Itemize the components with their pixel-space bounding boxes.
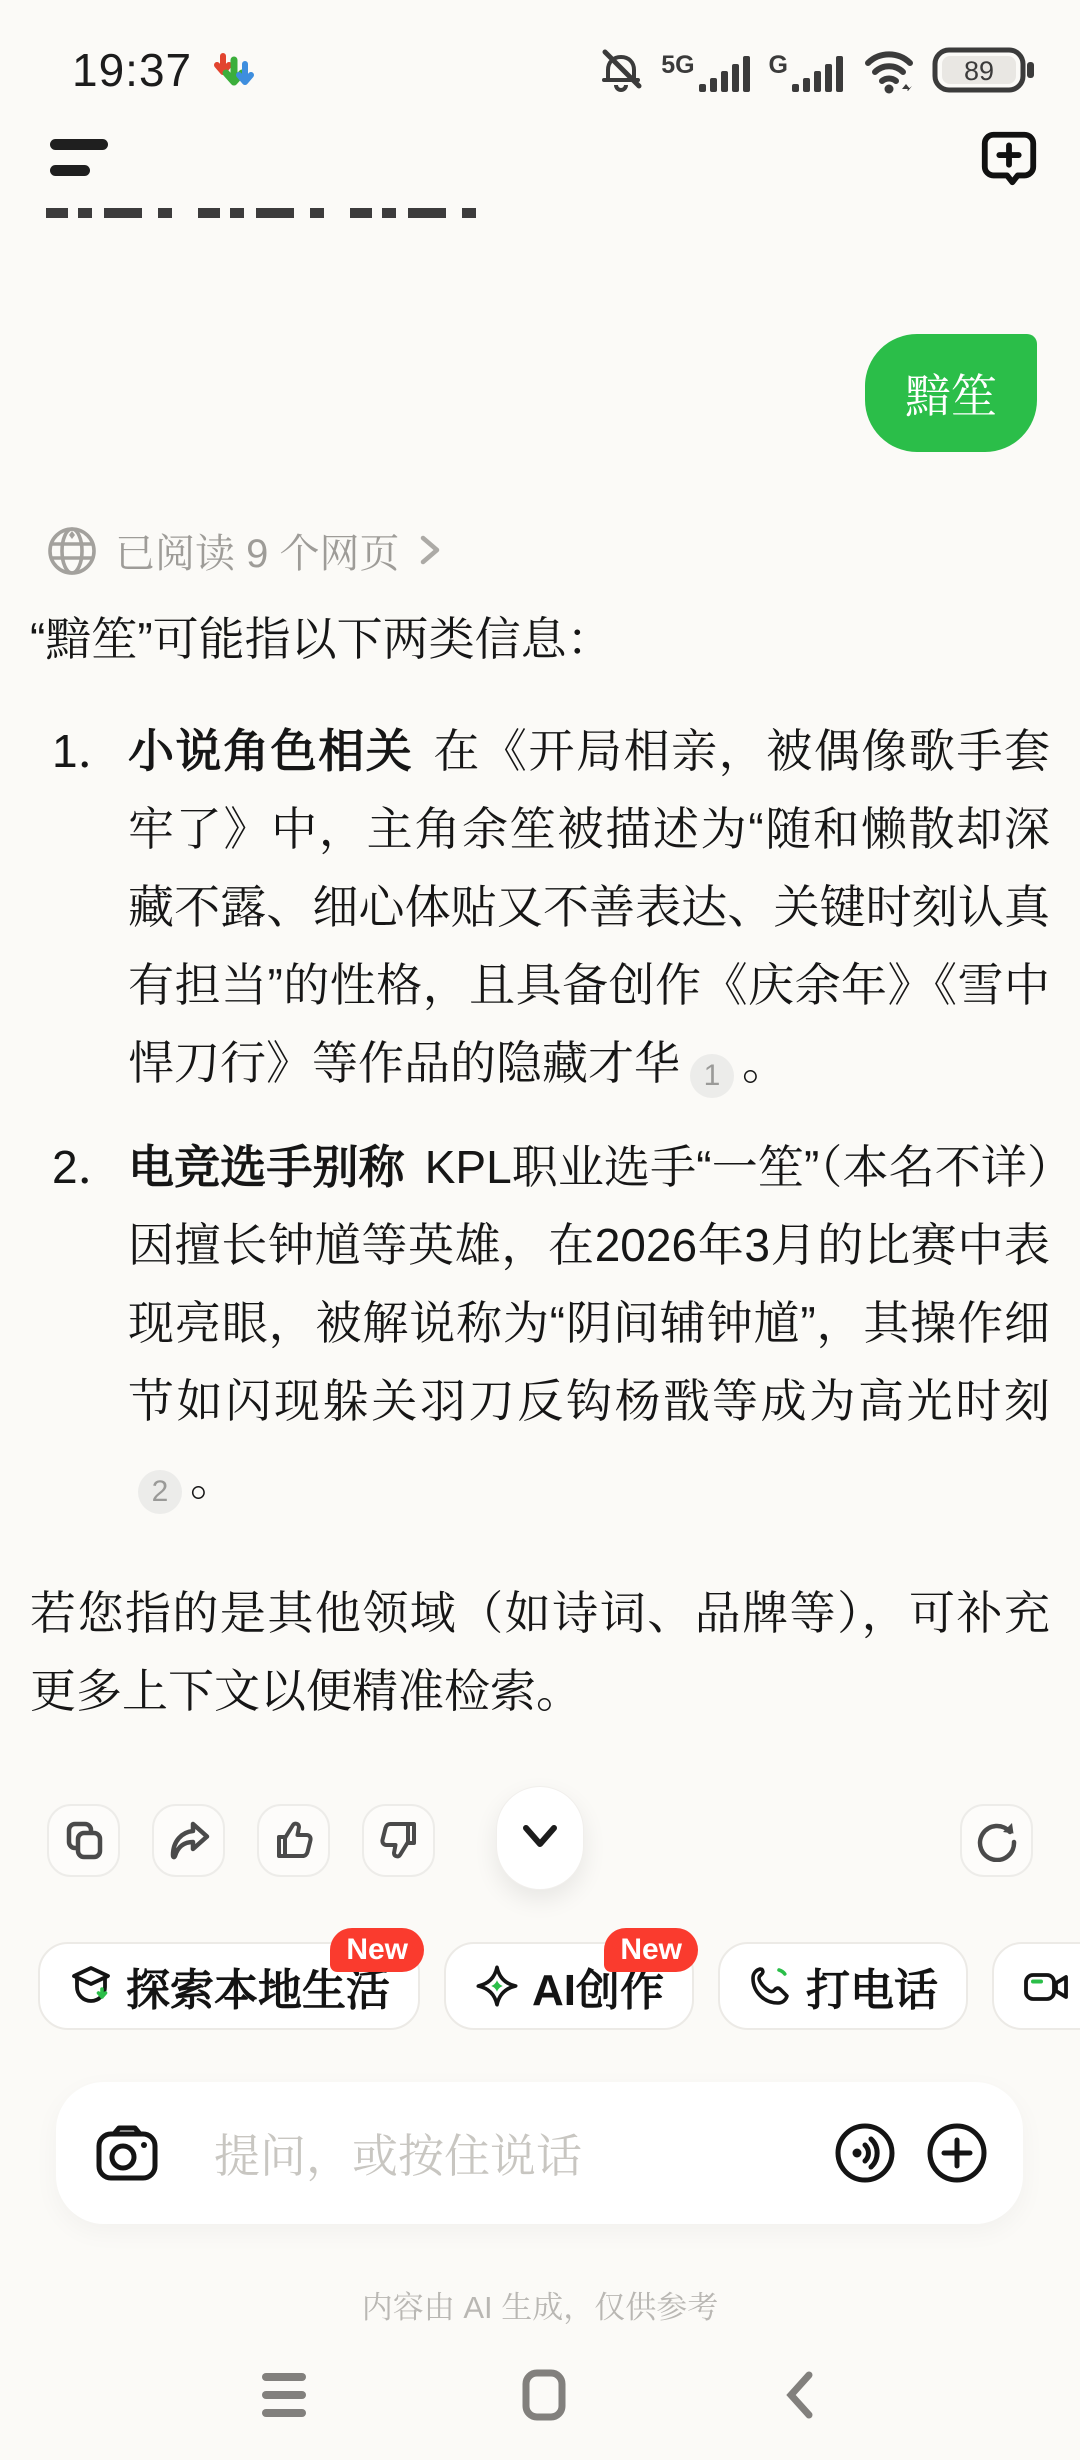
takeout-box-icon (68, 1963, 114, 2009)
system-nav-bar (0, 2355, 1080, 2435)
refresh-icon (975, 1818, 1019, 1862)
list-item: 1． 小说角色相关在《开局相亲，被偶像歌手套牢了》中，主角余笙被描述为“随和懒散… (30, 712, 1050, 1102)
globe-icon (45, 523, 99, 577)
quick-actions-row: New 探索本地生活 New AI创作 打电话 (0, 1926, 1080, 2030)
list-number: 2． (52, 1128, 124, 1206)
chip-label: 打电话 (806, 1954, 938, 2018)
share-button[interactable] (152, 1804, 225, 1877)
list-item: 2． 电竞选手别称KPL职业选手“一笙”（本名不详）因擅长钟馗等英雄，在2026… (30, 1128, 1050, 1518)
copy-button[interactable] (47, 1804, 120, 1877)
clock-time: 19:37 (72, 43, 192, 97)
read-status-row[interactable]: 已阅读 9 个网页 (45, 522, 1080, 578)
answer-closing: 若您指的是其他领域（如诗词、品牌等），可补充更多上下文以便精准检索。 (30, 1574, 1050, 1730)
answer-intro: “黯笙”可能指以下两类信息： (30, 600, 1050, 678)
thumbs-up-button[interactable] (257, 1804, 330, 1877)
battery-percent: 89 (964, 56, 994, 86)
sentence-period: 。 (190, 1453, 236, 1505)
thumbs-down-button[interactable] (362, 1804, 435, 1877)
collapse-answer-button[interactable] (496, 1786, 584, 1890)
thumbs-down-icon (377, 1818, 421, 1862)
recents-icon[interactable] (262, 2373, 306, 2417)
copy-icon (62, 1818, 106, 1862)
message-actions-row (47, 1794, 1033, 1886)
list-item-label: 电竞选手别称 (128, 1141, 405, 1193)
list-item-text: 在《开局相亲，被偶像歌手套牢了》中，主角余笙被描述为“随和懒散却深藏不露、细心体… (128, 725, 1050, 1089)
read-status-text: 已阅读 9 个网页 (115, 522, 399, 579)
chevron-right-icon (415, 528, 445, 572)
voice-wave-icon[interactable] (833, 2121, 897, 2185)
citation-badge[interactable]: 2 (138, 1470, 182, 1514)
signal-g: G (769, 46, 848, 94)
answer-list: 1． 小说角色相关在《开局相亲，被偶像歌手套牢了》中，主角余笙被描述为“随和懒散… (30, 712, 1050, 1518)
chip-video-call[interactable]: 视频通话 (992, 1942, 1080, 2030)
ai-disclaimer: 内容由 AI 生成，仅供参考 (0, 2282, 1080, 2327)
signal-5g: 5G (661, 46, 754, 94)
chip-explore-local-life[interactable]: New 探索本地生活 (38, 1942, 420, 2030)
home-icon[interactable] (521, 2367, 567, 2423)
video-call-icon (1022, 1963, 1070, 2009)
wifi-icon (862, 45, 918, 95)
camera-icon[interactable] (94, 2122, 160, 2184)
list-item-label: 小说角色相关 (128, 725, 413, 777)
app-header (0, 122, 1080, 192)
user-message-bubble: 黯笙 (865, 334, 1037, 452)
regenerate-button[interactable] (960, 1804, 1033, 1877)
citation-badge[interactable]: 1 (690, 1054, 734, 1098)
sentence-period: 。 (742, 1037, 788, 1089)
share-icon (166, 1817, 212, 1863)
new-badge: New (604, 1928, 698, 1972)
thumbs-up-icon (272, 1818, 316, 1862)
assistant-answer: “黯笙”可能指以下两类信息： 1． 小说角色相关在《开局相亲，被偶像歌手套牢了》… (0, 600, 1080, 1730)
menu-icon[interactable] (50, 139, 110, 176)
message-input[interactable]: 提问，或按住说话 (214, 2120, 805, 2186)
battery-icon: 89 (932, 45, 1036, 95)
clipped-message-fragments (46, 208, 502, 218)
chevron-down-icon (516, 1818, 564, 1858)
chip-make-call[interactable]: 打电话 (718, 1942, 968, 2030)
new-badge: New (330, 1928, 424, 1972)
download-arrows-icon (208, 44, 260, 96)
status-bar: 19:37 5G (0, 0, 1080, 98)
message-input-bar[interactable]: 提问，或按住说话 (56, 2082, 1023, 2224)
chip-ai-create[interactable]: New AI创作 (444, 1942, 694, 2030)
bell-muted-icon (595, 44, 647, 96)
list-number: 1． (52, 712, 124, 790)
new-chat-icon[interactable] (978, 126, 1040, 188)
back-icon[interactable] (782, 2367, 818, 2423)
sparkle-icon (474, 1963, 520, 2009)
plus-circle-icon[interactable] (925, 2121, 989, 2185)
phone-call-icon (748, 1963, 794, 2009)
